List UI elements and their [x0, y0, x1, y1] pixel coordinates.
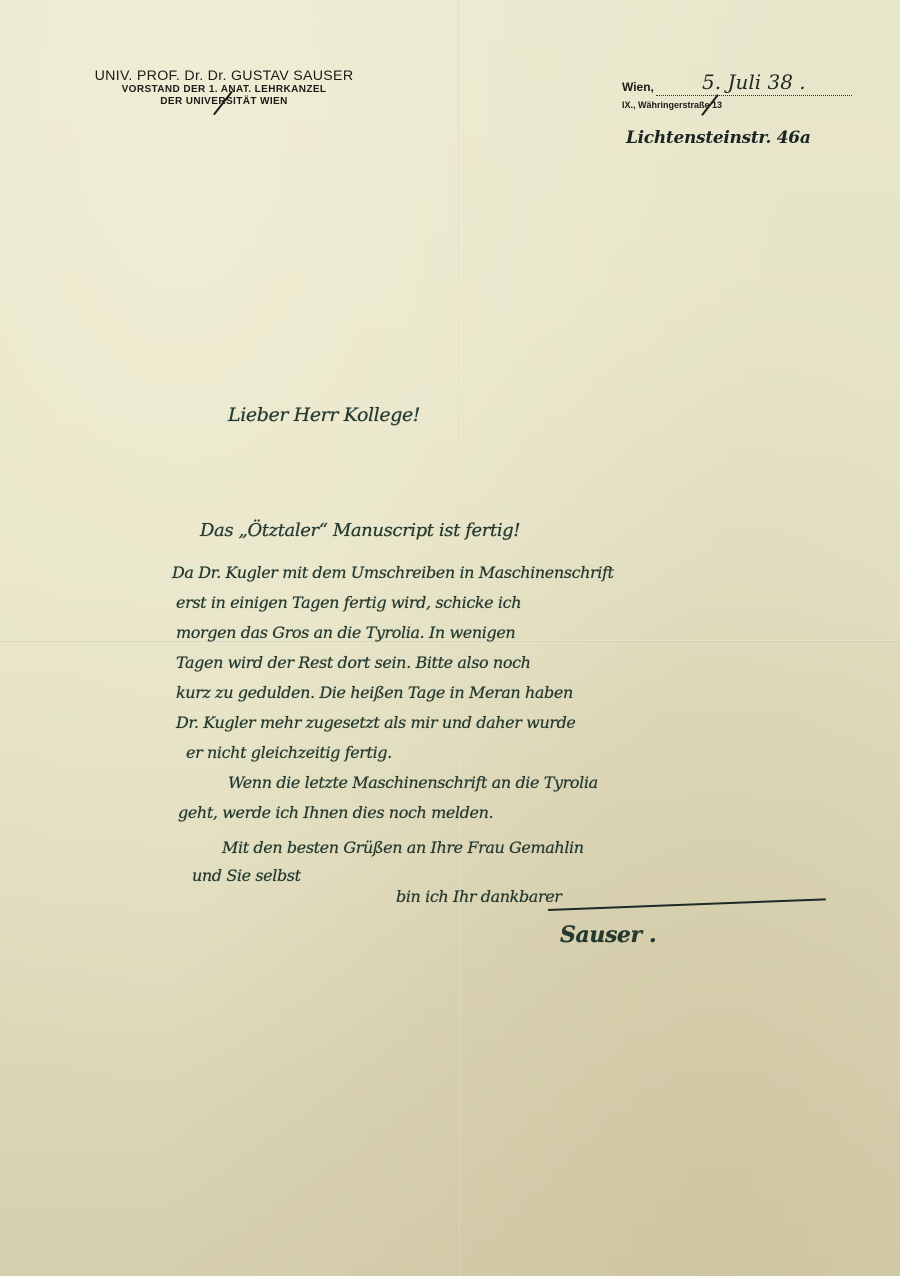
body-line: morgen das Gros an die Tyrolia. In wenig…	[176, 623, 515, 642]
letterhead-name: UNIV. PROF. Dr. Dr. GUSTAV SAUSER	[74, 68, 374, 84]
body-line: Wenn die letzte Maschinenschrift an die …	[228, 773, 598, 792]
body-line: er nicht gleichzeitig fertig.	[186, 743, 392, 762]
body-line: Da Dr. Kugler mit dem Umschreiben in Mas…	[172, 563, 614, 582]
body-line: Tagen wird der Rest dort sein. Bitte als…	[176, 653, 531, 672]
signature: Sauser .	[560, 922, 656, 948]
handwritten-new-address: Lichtensteinstr. 46a	[626, 128, 811, 148]
body-line: geht, werde ich Ihnen dies noch melden.	[178, 803, 493, 822]
letterhead-line-1: VORSTAND DER 1. ANAT. LEHRKANZEL	[74, 84, 374, 96]
body-line: Dr. Kugler mehr zugesetzt als mir und da…	[176, 713, 576, 732]
salutation: Lieber Herr Kollege!	[228, 404, 420, 426]
handwritten-date: 5. Juli 38 .	[702, 70, 806, 94]
place-and-date: Wien, 5. Juli 38 . IX., Währingerstraße …	[622, 78, 654, 96]
body-line: Mit den besten Grüßen an Ihre Frau Gemah…	[222, 838, 584, 857]
body-line: erst in einigen Tagen fertig wird, schic…	[176, 593, 521, 612]
body-line: und Sie selbst	[192, 866, 301, 885]
letter-page: UNIV. PROF. Dr. Dr. GUSTAV SAUSER VORSTA…	[0, 0, 900, 1276]
letterhead: UNIV. PROF. Dr. Dr. GUSTAV SAUSER VORSTA…	[74, 68, 374, 108]
date-dotted-line	[656, 95, 852, 96]
body-line: kurz zu gedulden. Die heißen Tage in Mer…	[176, 683, 573, 702]
closing-line: bin ich Ihr dankbarer	[396, 887, 562, 906]
signature-flourish	[548, 898, 826, 911]
body-line: Das „Ötztaler“ Manuscript ist fertig!	[200, 520, 520, 541]
place-city: Wien,	[622, 80, 654, 94]
